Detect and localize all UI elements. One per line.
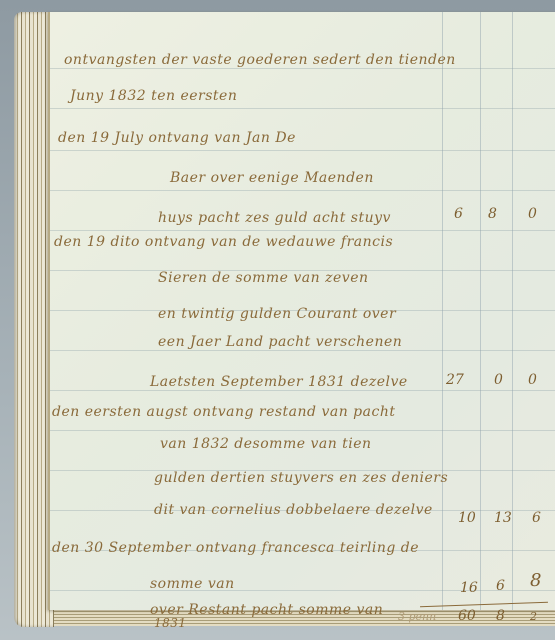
ledger-line: dit van cornelius dobbelaere dezelve [154, 502, 433, 518]
column-rule-guld [442, 12, 443, 610]
ledger-line: den eersten augst ontvang restand van pa… [52, 404, 395, 420]
amount-guld: 16 [460, 580, 478, 596]
amount-stuyv: 8 [488, 206, 497, 222]
ledger-line: 1831 [154, 616, 187, 630]
ledger-line: van 1832 desomme van tien [160, 436, 372, 452]
amount-stuyv: 6 [496, 578, 505, 594]
amount-den: 8 [530, 570, 541, 591]
amount-label: 3 penn [398, 610, 436, 623]
ledger-line: en twintig gulden Courant over [158, 306, 396, 322]
ledger-line: den 19 July ontvang van Jan De [58, 130, 296, 146]
ledger-line: Baer over eenige Maenden [170, 170, 374, 186]
amount-guld: 6 [454, 206, 463, 222]
amount-guld: 10 [458, 510, 476, 526]
ledger-page: ontvangsten der vaste goederen sedert de… [48, 12, 555, 610]
amount-stuyv: 13 [494, 510, 512, 526]
ledger-line: ontvangsten der vaste goederen sedert de… [64, 52, 456, 68]
ledger-line: gulden dertien stuyvers en zes deniers [154, 470, 448, 486]
ledger-line: huys pacht zes guld acht stuyv [158, 210, 391, 226]
amount-guld: 60 [458, 608, 476, 624]
column-rule-stuyv [480, 12, 481, 610]
column-rule-den [512, 12, 513, 610]
amount-den: 0 [528, 372, 537, 388]
amount-den: 2 [530, 610, 537, 623]
amount-guld: 27 [446, 372, 464, 388]
ledger-line: den 30 September ontvang francesca teirl… [52, 540, 419, 556]
ledger-line: Sieren de somme van zeven [158, 270, 369, 286]
amount-den: 6 [532, 510, 541, 526]
ledger-line: Juny 1832 ten eersten [70, 88, 237, 104]
ledger-line: somme van [150, 576, 235, 592]
amount-stuyv: 0 [494, 372, 503, 388]
ledger-line: den 19 dito ontvang van de wedauwe franc… [54, 234, 393, 250]
ledger-line: een Jaer Land pacht verschenen [158, 334, 402, 350]
ledger-line: Laetsten September 1831 dezelve [150, 374, 408, 390]
amount-den: 0 [528, 206, 537, 222]
sum-underline [420, 602, 548, 607]
amount-stuyv: 8 [496, 608, 505, 624]
